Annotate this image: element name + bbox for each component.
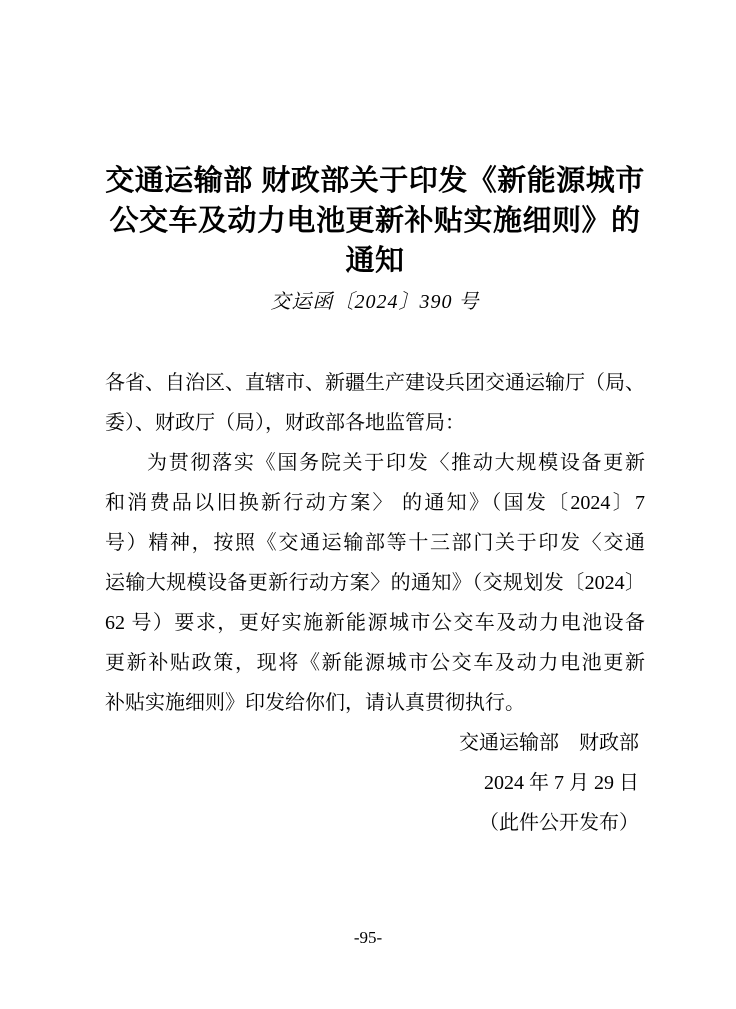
title-line-3: 通知 bbox=[105, 241, 645, 281]
title-line-2: 公交车及动力电池更新补贴实施细则》的 bbox=[105, 201, 645, 241]
title-line-1: 交通运输部 财政部关于印发《新能源城市 bbox=[105, 161, 645, 201]
body-line: 和消费品以旧换新行动方案〉 的通知》（国发〔2024〕7 bbox=[105, 483, 645, 523]
document-body: 各省、自治区、直辖市、新疆生产建设兵团交通运输厅（局、 委）、财政厅（局），财政… bbox=[105, 363, 645, 723]
body-line: 运输大规模设备更新行动方案〉的通知》（交规划发〔2024〕 bbox=[105, 563, 645, 603]
body-line: 62 号）要求，更好实施新能源城市公交车及动力电池设备 bbox=[105, 603, 645, 643]
signature-block: 交通运输部 财政部 2024 年 7 月 29 日 （此件公开发布） bbox=[105, 723, 645, 843]
signature-date: 2024 年 7 月 29 日 bbox=[105, 763, 639, 803]
document-number: 交运函〔2024〕390 号 bbox=[105, 287, 645, 317]
document-content: 交通运输部 财政部关于印发《新能源城市 公交车及动力电池更新补贴实施细则》的 通… bbox=[105, 0, 645, 843]
signature-publish-note: （此件公开发布） bbox=[105, 803, 639, 843]
document-title: 交通运输部 财政部关于印发《新能源城市 公交车及动力电池更新补贴实施细则》的 通… bbox=[105, 161, 645, 281]
signature-issuers: 交通运输部 财政部 bbox=[105, 723, 639, 763]
document-page: 交通运输部 财政部关于印发《新能源城市 公交车及动力电池更新补贴实施细则》的 通… bbox=[0, 0, 736, 1009]
body-line: 补贴实施细则》印发给你们，请认真贯彻执行。 bbox=[105, 683, 645, 723]
body-line: 号）精神，按照《交通运输部等十三部门关于印发〈交通 bbox=[105, 523, 645, 563]
body-line: 更新补贴政策，现将《新能源城市公交车及动力电池更新 bbox=[105, 643, 645, 683]
body-line: 为贯彻落实《国务院关于印发〈推动大规模设备更新 bbox=[105, 443, 645, 483]
body-line: 各省、自治区、直辖市、新疆生产建设兵团交通运输厅（局、 bbox=[105, 363, 645, 403]
body-line: 委）、财政厅（局），财政部各地监管局： bbox=[105, 403, 645, 443]
page-number: -95- bbox=[0, 928, 736, 948]
